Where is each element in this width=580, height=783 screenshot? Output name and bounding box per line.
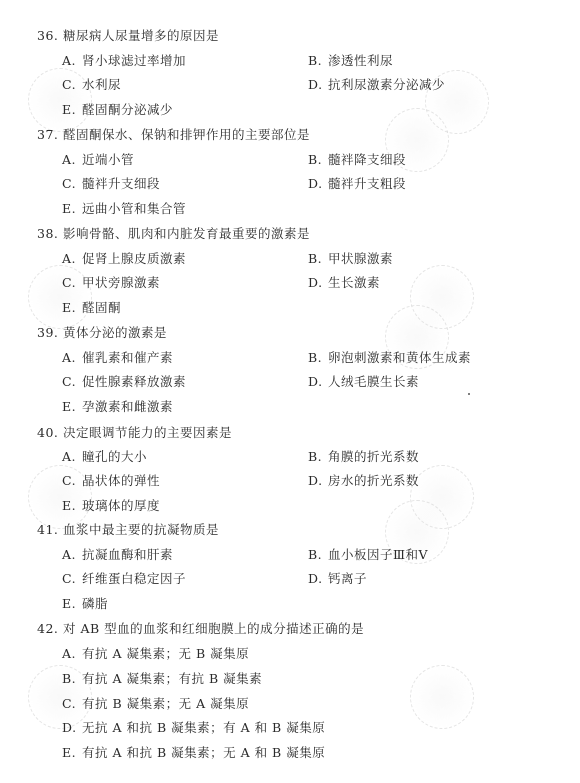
option-a: A.促肾上腺皮质激素 <box>62 251 186 267</box>
option-b: B.髓袢降支细段 <box>308 152 406 168</box>
exam-page: 36.糖尿病人尿量增多的原因是 A.肾小球滤过率增加 B.渗透性利尿 C.水利尿… <box>0 0 580 783</box>
option-d: D.抗利尿激素分泌减少 <box>308 77 445 93</box>
option-c: C.髓袢升支细段 <box>62 176 160 192</box>
option-d: D.钙离子 <box>308 571 367 587</box>
option-c: C.甲状旁腺激素 <box>62 275 160 291</box>
question-stem: 39.黄体分泌的激素是 <box>37 325 167 341</box>
watermark-stamp <box>410 665 474 729</box>
option-e: E.孕激素和雌激素 <box>62 399 173 415</box>
option-c: C.晶状体的弹性 <box>62 473 160 489</box>
option-e: E.玻璃体的厚度 <box>62 498 160 514</box>
option-d: D.生长激素 <box>308 275 380 291</box>
question-stem: 40.决定眼调节能力的主要因素是 <box>37 425 232 441</box>
option-d: D.无抗 A 和抗 B 凝集素；有 A 和 B 凝集原 <box>62 720 325 736</box>
option-b: B.有抗 A 凝集素；有抗 B 凝集素 <box>62 671 262 687</box>
option-d: D.人绒毛膜生长素 <box>308 374 419 390</box>
option-e: E.磷脂 <box>62 596 108 612</box>
question-stem: 42.对 AB 型血的血浆和红细胞膜上的成分描述正确的是 <box>37 621 364 637</box>
option-a: A.瞳孔的大小 <box>62 449 147 465</box>
option-a: A.催乳素和催产素 <box>62 350 173 366</box>
option-a: A.肾小球滤过率增加 <box>62 53 186 69</box>
option-d: D.髓袢升支粗段 <box>308 176 406 192</box>
option-e: E.有抗 A 和抗 B 凝集素；无 A 和 B 凝集原 <box>62 745 325 761</box>
option-c: C.促性腺素释放激素 <box>62 374 186 390</box>
option-c: C.水利尿 <box>62 77 121 93</box>
option-e: E.醛固酮分泌减少 <box>62 102 173 118</box>
option-c: C.有抗 B 凝集素；无 A 凝集原 <box>62 696 249 712</box>
option-a: A.抗凝血酶和肝素 <box>62 547 173 563</box>
option-a: A.近端小管 <box>62 152 134 168</box>
option-b: B.甲状腺激素 <box>308 251 393 267</box>
option-b: B.角膜的折光系数 <box>308 449 419 465</box>
option-d: D.房水的折光系数 <box>308 473 419 489</box>
option-e: E.醛固酮 <box>62 300 121 316</box>
option-b: B.渗透性利尿 <box>308 53 393 69</box>
option-b: B.卵泡刺激素和黄体生成素 <box>308 350 471 366</box>
option-a: A.有抗 A 凝集素；无 B 凝集原 <box>62 646 249 662</box>
question-stem: 38.影响骨骼、肌肉和内脏发育最重要的激素是 <box>37 226 310 242</box>
question-stem: 36.糖尿病人尿量增多的原因是 <box>37 28 219 44</box>
question-stem: 37.醛固酮保水、保钠和排钾作用的主要部位是 <box>37 127 310 143</box>
speck-mark <box>468 393 470 395</box>
option-b: B.血小板因子Ⅲ和Ⅴ <box>308 547 428 563</box>
option-c: C.纤维蛋白稳定因子 <box>62 571 186 587</box>
option-e: E.远曲小管和集合管 <box>62 201 186 217</box>
question-stem: 41.血浆中最主要的抗凝物质是 <box>37 522 219 538</box>
